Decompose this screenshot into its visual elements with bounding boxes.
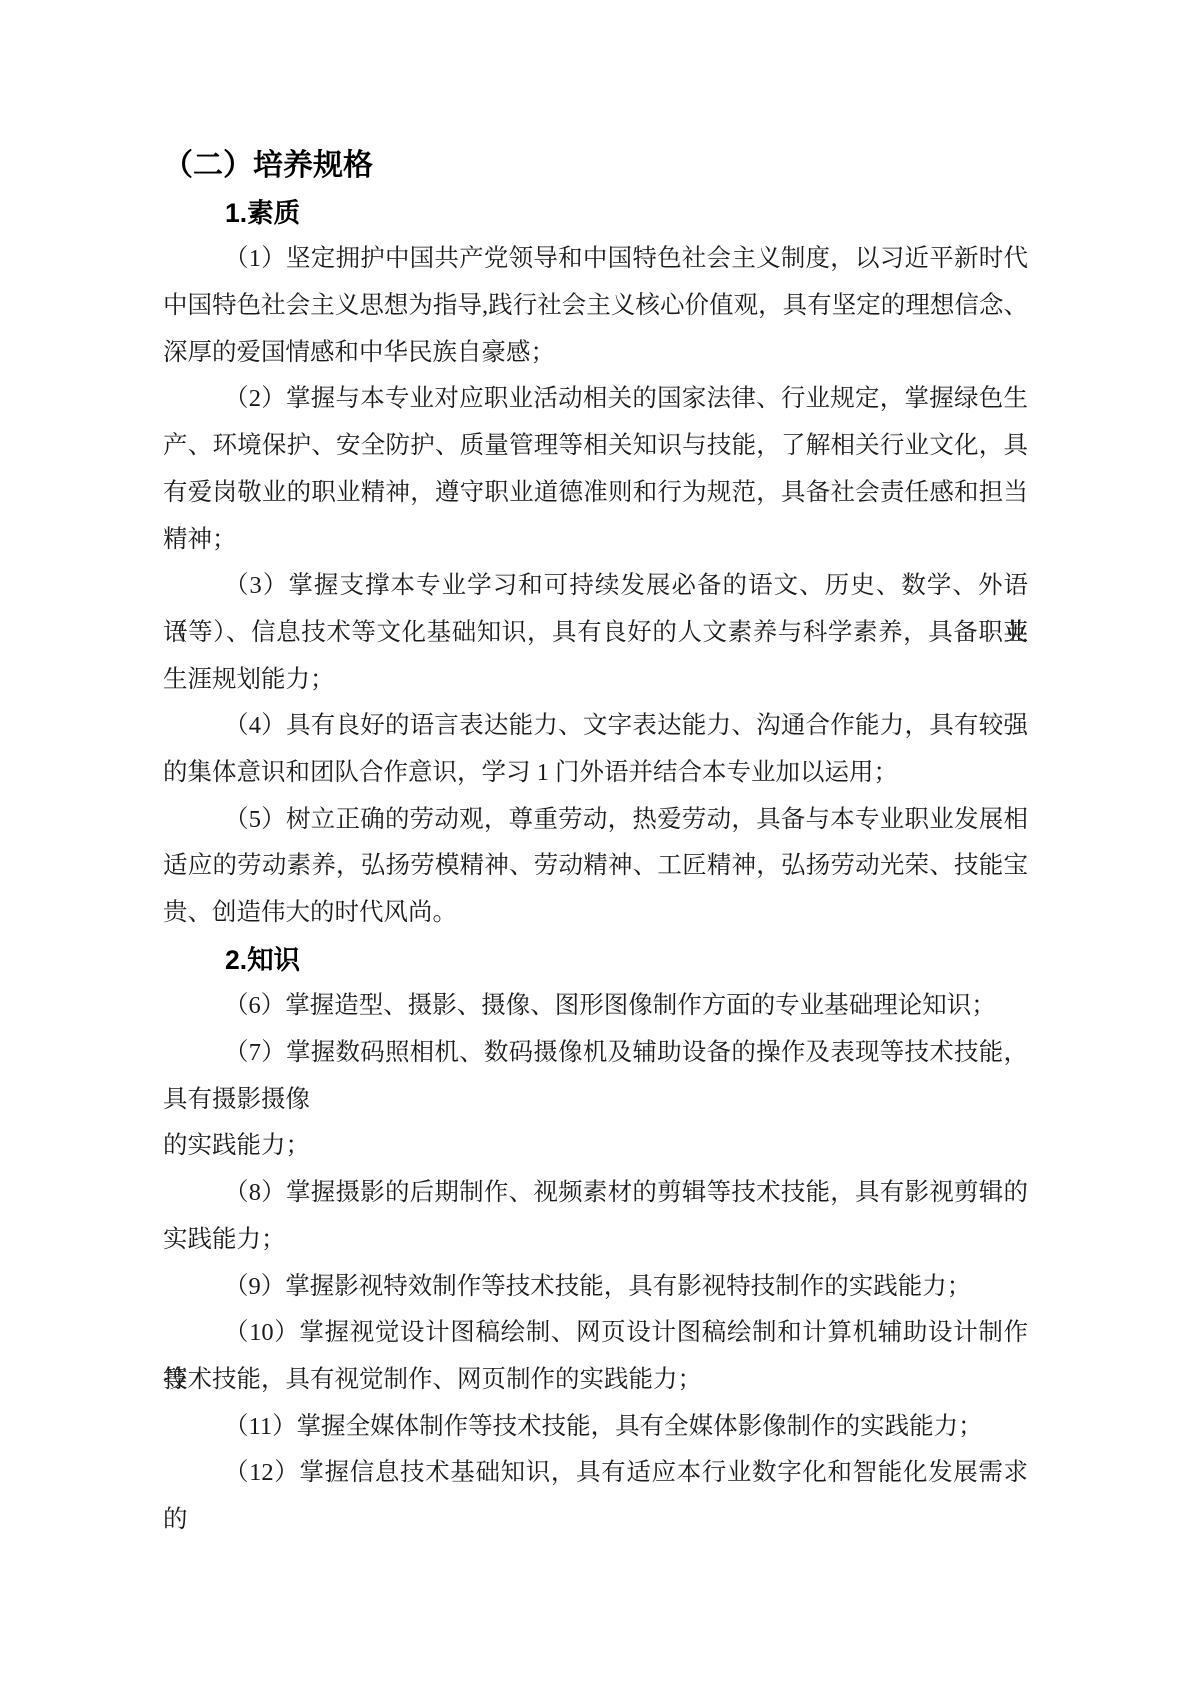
paragraph-line: 的实践能力；	[163, 1123, 1028, 1170]
paragraph-line: 具有摄影摄像	[163, 1077, 1028, 1124]
paragraph-line: 贵、创造伟大的时代风尚。	[163, 890, 1028, 937]
paragraph-line: （3）掌握支撑本专业学习和可持续发展必备的语文、历史、数学、外语（英	[163, 563, 1028, 610]
paragraph-line: （2）掌握与本专业对应职业活动相关的国家法律、行业规定，掌握绿色生	[163, 376, 1028, 423]
paragraph-line: 有爱岗敬业的职业精神，遵守职业道德准则和行为规范，具备社会责任感和担当	[163, 470, 1028, 517]
paragraph-line: 语等）、信息技术等文化基础知识，具有良好的人文素养与科学素养，具备职业	[163, 610, 1028, 657]
paragraph-line: （12）掌握信息技术基础知识，具有适应本行业数字化和智能化发展需求的	[163, 1450, 1028, 1497]
paragraph-line: 适应的劳动素养，弘扬劳模精神、劳动精神、工匠精神，弘扬劳动光荣、技能宝	[163, 843, 1028, 890]
paragraph-line: 生涯规划能力；	[163, 657, 1028, 704]
paragraph-line: 中国特色社会主义思想为指导,践行社会主义核心价值观，具有坚定的理想信念、	[163, 283, 1028, 330]
paragraph-line: （8）掌握摄影的后期制作、视频素材的剪辑等技术技能，具有影视剪辑的	[163, 1170, 1028, 1217]
paragraph-line: （5）树立正确的劳动观，尊重劳动，热爱劳动，具备与本专业职业发展相	[163, 797, 1028, 844]
paragraph-line: 的集体意识和团队合作意识，学习 1 门外语并结合本专业加以运用；	[163, 750, 1028, 797]
subsection-heading-1: 1.素质	[163, 190, 1028, 237]
paragraph-line: 技术技能，具有视觉制作、网页制作的实践能力；	[163, 1357, 1028, 1404]
document-page: （二）培养规格 1.素质 （1）坚定拥护中国共产党领导和中国特色社会主义制度，以…	[0, 0, 1191, 1684]
paragraph-line: 实践能力；	[163, 1217, 1028, 1264]
paragraph-line: （9）掌握影视特效制作等技术技能，具有影视特技制作的实践能力；	[163, 1264, 1028, 1311]
paragraph-line: （6）掌握造型、摄影、摄像、图形图像制作方面的专业基础理论知识；	[163, 983, 1028, 1030]
section-heading: （二）培养规格	[163, 143, 1028, 190]
paragraph-line: 深厚的爱国情感和中华民族自豪感；	[163, 330, 1028, 377]
paragraph-line: 产、环境保护、安全防护、质量管理等相关知识与技能，了解相关行业文化，具	[163, 423, 1028, 470]
paragraph-line: （4）具有良好的语言表达能力、文字表达能力、沟通合作能力，具有较强	[163, 703, 1028, 750]
paragraph-line: 精神；	[163, 517, 1028, 564]
subsection-heading-2: 2.知识	[163, 937, 1028, 984]
paragraph-line: （1）坚定拥护中国共产党领导和中国特色社会主义制度，以习近平新时代	[163, 236, 1028, 283]
paragraph-line: （7）掌握数码照相机、数码摄像机及辅助设备的操作及表现等技术技能，	[163, 1030, 1028, 1077]
paragraph-line: （10）掌握视觉设计图稿绘制、网页设计图稿绘制和计算机辅助设计制作等	[163, 1310, 1028, 1357]
paragraph-line: （11）掌握全媒体制作等技术技能，具有全媒体影像制作的实践能力；	[163, 1404, 1028, 1451]
